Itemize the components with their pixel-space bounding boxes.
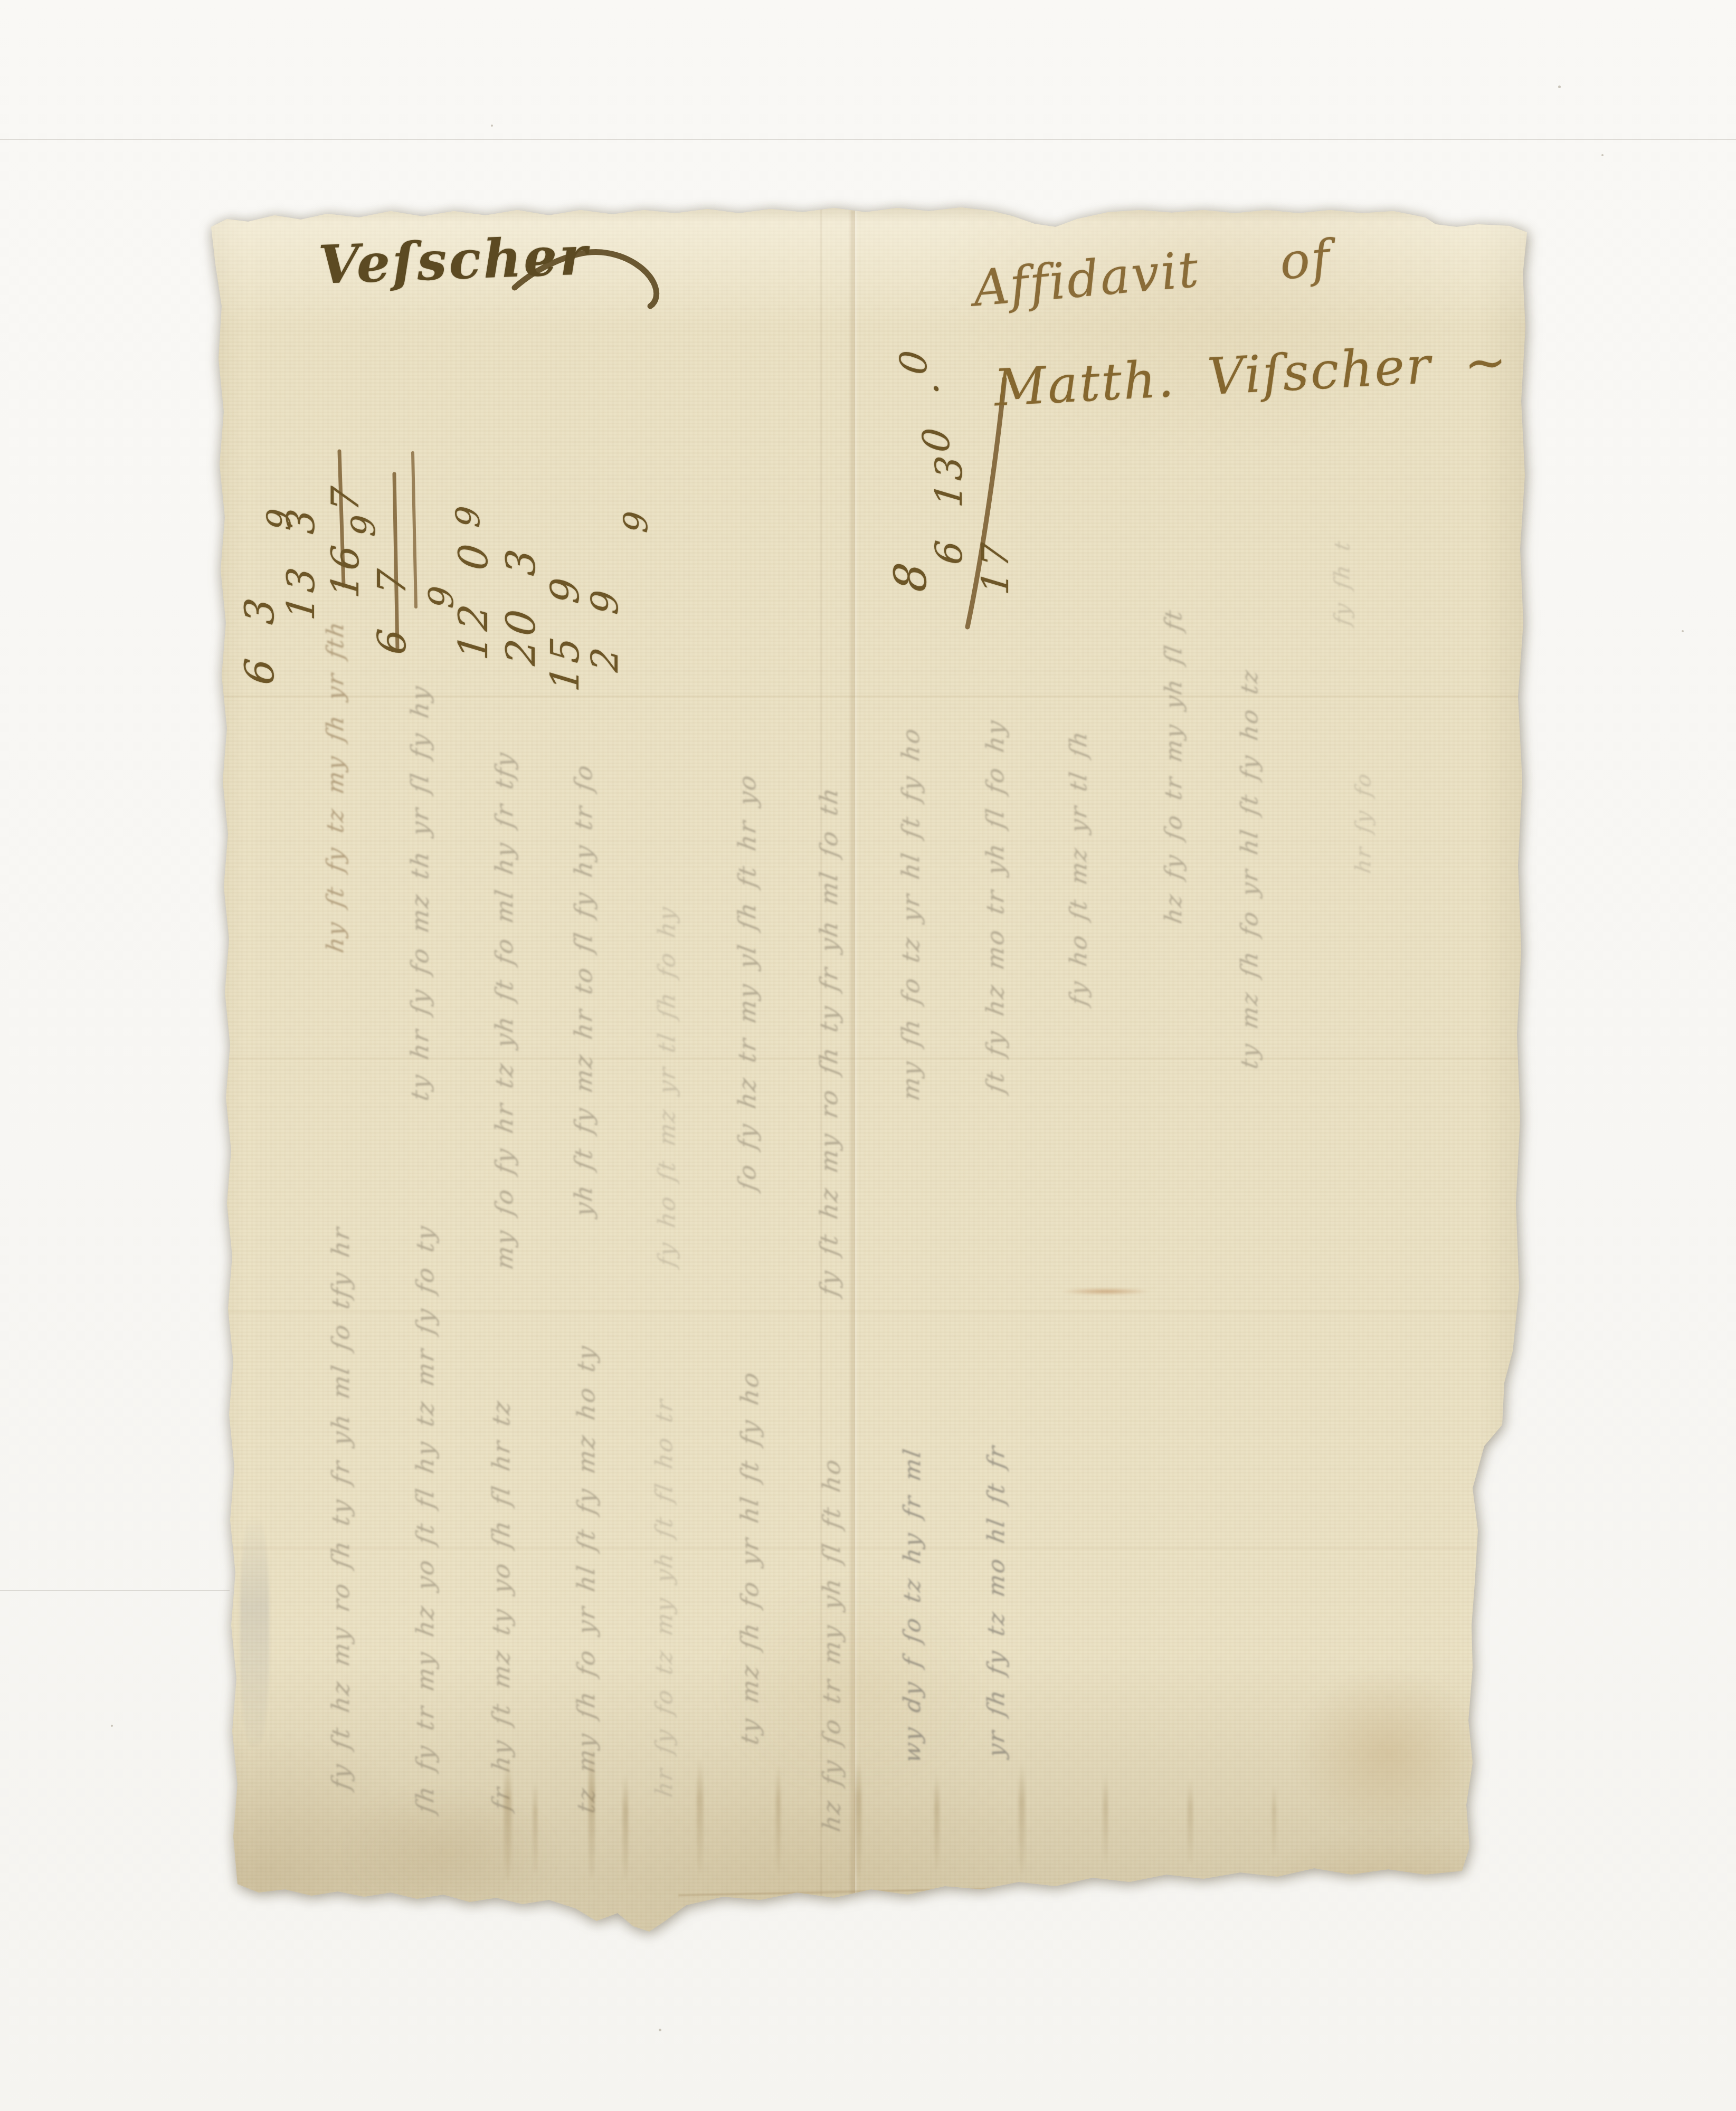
rotated-number-group: 0 [892, 345, 935, 376]
dust-speck [1601, 154, 1604, 156]
rotated-number-group: 13 3 [279, 503, 323, 622]
dust-speck [659, 2029, 661, 2031]
scanner-artifact-line [0, 1590, 230, 1591]
rotated-number-group: 6 7 [369, 564, 415, 657]
dust-speck [491, 125, 493, 127]
rotated-number-group: 6 3 [236, 592, 283, 687]
smudge-streak [1475, 1652, 1489, 1821]
rotated-number-group: 9 [449, 501, 487, 529]
rotated-number-group: 12 0 [450, 538, 497, 662]
docket-name-text: Veſscher [317, 224, 590, 296]
ink-strokes-svg [203, 207, 1533, 1932]
paper-sheet: hy ſt fy tz my ſh yr fthfy ſt hz my ro ſ… [203, 207, 1533, 1932]
rotated-number-group: 20 3 [497, 544, 544, 668]
dust-speck [111, 1725, 113, 1727]
ink-layer: Veſscher Affidavit of Matth. Viſscher ~ … [203, 207, 1533, 1932]
rotated-number-group: 6 13 [927, 450, 971, 566]
rotated-number-group: 2 9 [583, 585, 627, 674]
rotated-number-group: 15 9 [543, 572, 588, 693]
rotated-number-group: 0 · [915, 377, 958, 454]
scan-background: hy ſt fy tz my ſh yr fthfy ſt hz my ro ſ… [0, 0, 1736, 2111]
dust-speck [1682, 630, 1684, 632]
rotated-number-group: 9 [616, 506, 655, 535]
paper-shadow-wrap: hy ſt fy tz my ſh yr fthfy ſt hz my ro ſ… [0, 0, 1736, 2111]
rotated-number-group: 16 7 [323, 481, 367, 600]
dust-speck [1558, 85, 1561, 88]
rotated-number-group: 17 [974, 538, 1017, 597]
scanner-artifact-line [0, 139, 1736, 140]
